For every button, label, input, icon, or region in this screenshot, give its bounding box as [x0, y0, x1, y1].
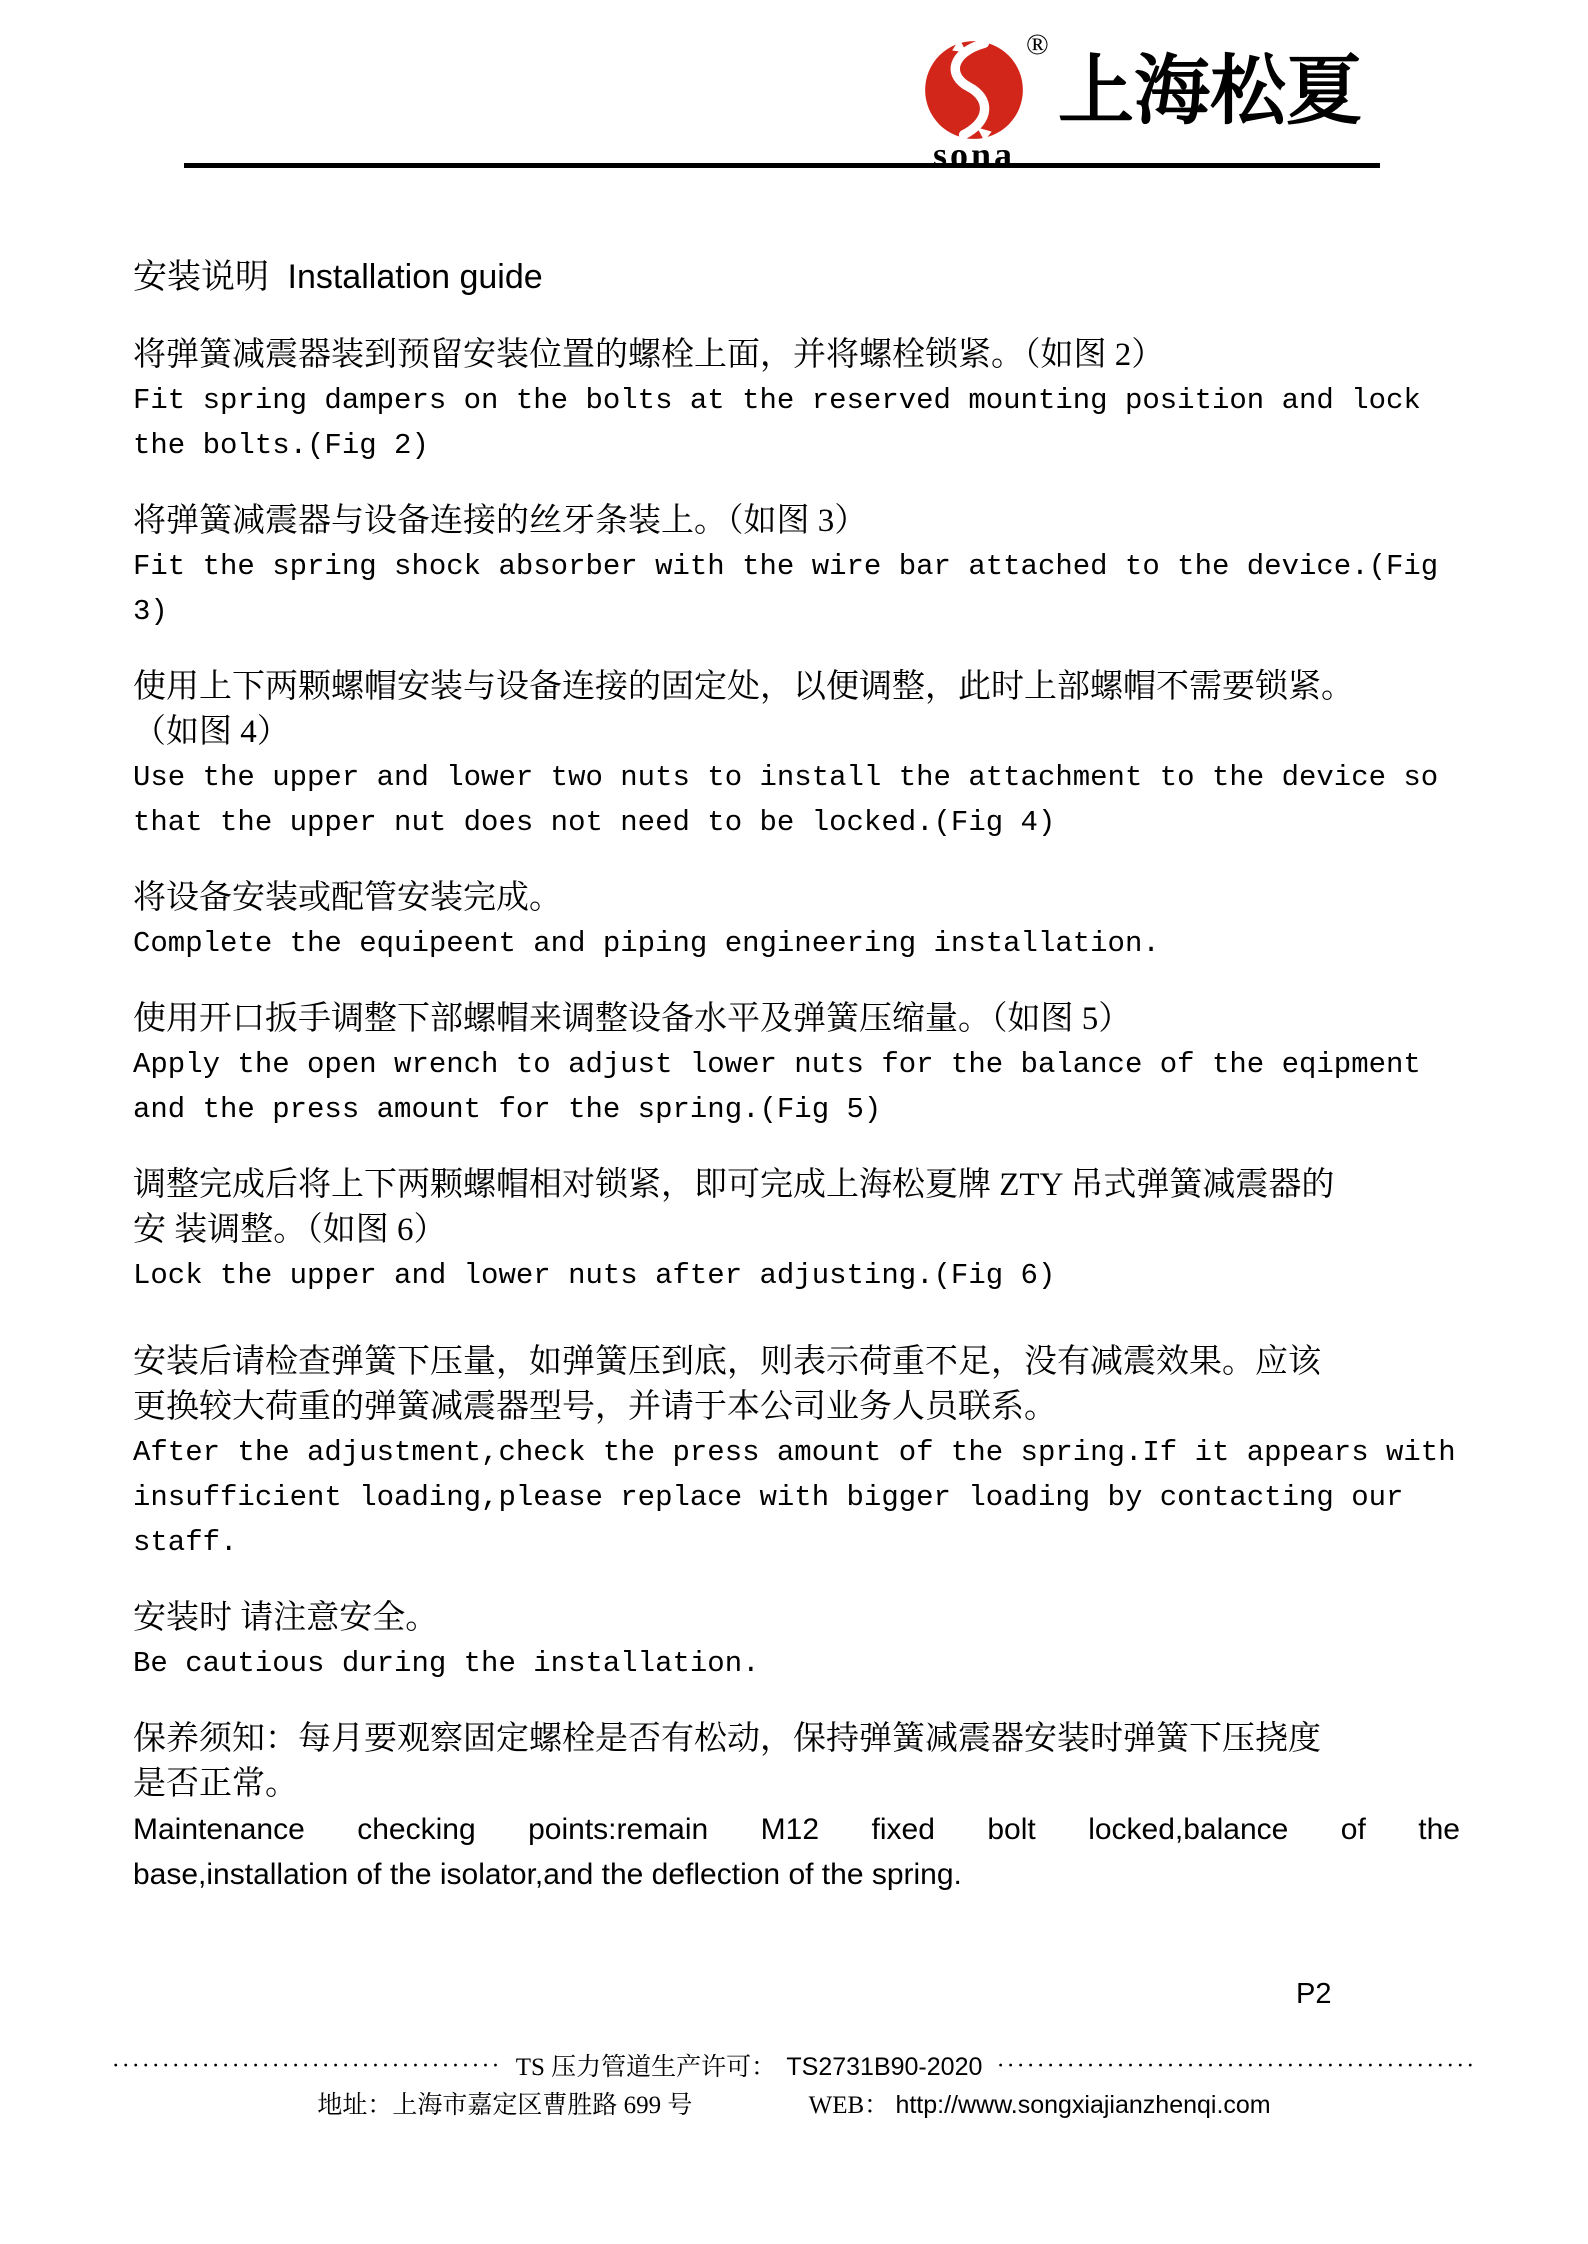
paragraph-line-zh: 是否正常。 — [133, 1762, 1460, 1807]
instruction-block: 使用开口扳手调整下部螺帽来调整设备水平及弹簧压缩量。（如图 5）Apply th… — [133, 997, 1460, 1132]
web-label: WEB： — [809, 2092, 890, 2119]
paragraph-line-zh: 调整完成后将上下两颗螺帽相对锁紧，即可完成上海松夏牌 ZTY 吊式弹簧减震器的 — [133, 1163, 1460, 1208]
paragraph-line-en: 3) — [133, 589, 1460, 634]
instruction-block: 保养须知：每月要观察固定螺栓是否有松动，保持弹簧减震器安装时弹簧下压挠度是否正常… — [133, 1717, 1460, 1897]
instruction-block: 安装后请检查弹簧下压量，如弹簧压到底，则表示荷重不足，没有减震效果。应该更换较大… — [133, 1340, 1460, 1565]
sona-logo-icon — [922, 38, 1026, 142]
page-title-zh: 安装说明 — [133, 259, 269, 296]
paragraph-line-en: the bolts.(Fig 2) — [133, 423, 1460, 468]
dotted-separator-left: ······································· — [112, 2053, 502, 2079]
paragraph-line-en: Use the upper and lower two nuts to inst… — [133, 755, 1460, 800]
company-address: 地址：上海市嘉定区曹胜路 699 号 — [317, 2092, 692, 2119]
paragraph-line-zh: 安装后请检查弹簧下压量，如弹簧压到底，则表示荷重不足，没有减震效果。应该 — [133, 1340, 1460, 1385]
dotted-separator-right: ········································… — [997, 2053, 1477, 2079]
website-url[interactable]: http://www.songxiajianzhenqi.com — [895, 2091, 1270, 2119]
instruction-block: 安装时 请注意安全。Be cautious during the install… — [133, 1596, 1460, 1686]
page-title: 安装说明 Installation guide — [133, 255, 1460, 300]
license-number: TS2731B90-2020 — [786, 2053, 982, 2081]
address-label: 地址： — [317, 2092, 392, 2119]
paragraph-line-zh: 将弹簧减震器装到预留安装位置的螺栓上面，并将螺栓锁紧。（如图 2） — [133, 333, 1460, 378]
paragraph-line-en: staff. — [133, 1520, 1460, 1565]
paragraph-line-en: insufficient loading,please replace with… — [133, 1475, 1460, 1520]
footer-contact-line: 地址：上海市嘉定区曹胜路 699 号 WEB： http://www.songx… — [0, 2086, 1588, 2125]
instruction-block: 将设备安装或配管安装完成。Complete the equipeent and … — [133, 876, 1460, 966]
paragraph-line-zh: 安 装调整。（如图 6） — [133, 1208, 1460, 1253]
paragraph-line-en: base,installation of the isolator,and th… — [133, 1852, 1460, 1897]
paragraph-line-zh: （如图 4） — [133, 710, 1460, 755]
page-title-en: Installation guide — [288, 258, 543, 296]
instruction-block: 将弹簧减震器与设备连接的丝牙条装上。（如图 3）Fit the spring s… — [133, 499, 1460, 634]
paragraph-line-en: Fit spring dampers on the bolts at the r… — [133, 378, 1460, 423]
paragraph-line-zh: 使用开口扳手调整下部螺帽来调整设备水平及弹簧压缩量。（如图 5） — [133, 997, 1460, 1042]
footer: ······································· … — [0, 2048, 1588, 2125]
paragraph-line-en: that the upper nut does not need to be l… — [133, 800, 1460, 845]
document-content: 安装说明 Installation guide 将弹簧减震器装到预留安装位置的螺… — [133, 255, 1460, 1928]
paragraph-line-zh: 将设备安装或配管安装完成。 — [133, 876, 1460, 921]
header-brand: ® sona 上海松夏 — [900, 30, 1362, 170]
footer-license-line: ······································· … — [0, 2048, 1588, 2086]
installation-steps: 将弹簧减震器装到预留安装位置的螺栓上面，并将螺栓锁紧。（如图 2）Fit spr… — [133, 333, 1460, 1897]
instruction-block: 使用上下两颗螺帽安装与设备连接的固定处，以便调整，此时上部螺帽不需要锁紧。（如图… — [133, 665, 1460, 845]
instruction-block: 调整完成后将上下两颗螺帽相对锁紧，即可完成上海松夏牌 ZTY 吊式弹簧减震器的安… — [133, 1163, 1460, 1298]
paragraph-line-en: Be cautious during the installation. — [133, 1641, 1460, 1686]
paragraph-line-en: Fit the spring shock absorber with the w… — [133, 544, 1460, 589]
logo-wordmark: sona — [914, 134, 1034, 176]
paragraph-line-en: and the press amount for the spring.(Fig… — [133, 1087, 1460, 1132]
paragraph-line-en: Maintenance checking points:remain M12 f… — [133, 1807, 1460, 1852]
paragraph-line-en: After the adjustment,check the press amo… — [133, 1430, 1460, 1475]
header-divider — [184, 163, 1380, 168]
paragraph-line-zh: 使用上下两颗螺帽安装与设备连接的固定处，以便调整，此时上部螺帽不需要锁紧。 — [133, 665, 1460, 710]
paragraph-line-en: Complete the equipeent and piping engine… — [133, 921, 1460, 966]
brand-name: 上海松夏 — [1058, 52, 1362, 132]
sona-logo: ® sona — [900, 30, 1050, 170]
address-value: 上海市嘉定区曹胜路 699 号 — [392, 2092, 692, 2119]
registered-trademark-icon: ® — [1026, 30, 1049, 60]
document-page: ® sona 上海松夏 安装说明 Installation guide 将弹簧减… — [0, 0, 1588, 2244]
paragraph-line-en: Apply the open wrench to adjust lower nu… — [133, 1042, 1460, 1087]
page-number: P2 — [1296, 1978, 1331, 2011]
paragraph-line-en: Lock the upper and lower nuts after adju… — [133, 1253, 1460, 1298]
instruction-block: 将弹簧减震器装到预留安装位置的螺栓上面，并将螺栓锁紧。（如图 2）Fit spr… — [133, 333, 1460, 468]
paragraph-line-zh: 安装时 请注意安全。 — [133, 1596, 1460, 1641]
license-label: TS 压力管道生产许可： — [516, 2054, 776, 2081]
paragraph-line-zh: 更换较大荷重的弹簧减震器型号，并请于本公司业务人员联系。 — [133, 1385, 1460, 1430]
paragraph-line-zh: 保养须知：每月要观察固定螺栓是否有松动，保持弹簧减震器安装时弹簧下压挠度 — [133, 1717, 1460, 1762]
paragraph-line-zh: 将弹簧减震器与设备连接的丝牙条装上。（如图 3） — [133, 499, 1460, 544]
